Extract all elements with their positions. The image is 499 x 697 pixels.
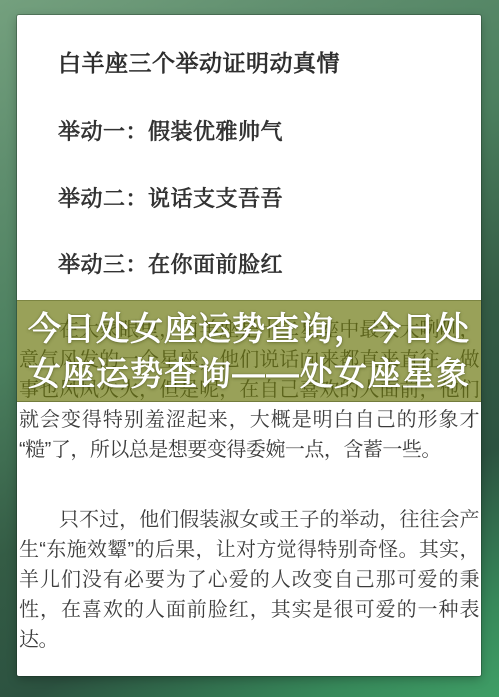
paragraph-line: 达。: [19, 625, 479, 655]
headline-line-2: 女座运势查询——处女座星象: [17, 351, 481, 396]
list-item-move-2: 举动二：说话支支吾吾: [58, 182, 283, 213]
list-item-move-3: 举动三：在你面前脸红: [58, 248, 283, 279]
paragraph-line: 性，在喜欢的人面前脸红，其实是很可爱的一种表: [19, 595, 479, 625]
paragraph-line: 羊儿们没有必要为了心爱的人改变自己那可爱的秉: [19, 565, 479, 595]
article-frame: 白羊座三个举动证明动真情 举动一：假装优雅帅气 举动二：说话支支吾吾 举动三：在…: [0, 0, 499, 697]
content-card: 白羊座三个举动证明动真情 举动一：假装优雅帅气 举动二：说话支支吾吾 举动三：在…: [17, 15, 481, 676]
headline-line-1: 今日处女座运势查询，今日处: [17, 306, 481, 351]
paragraph-line: 生“东施效颦”的后果，让对方觉得特别奇怪。其实，: [19, 535, 479, 565]
paragraph-2: 只不过，他们假装淑女或王子的举动，往往会产 生“东施效颦”的后果，让对方觉得特别…: [19, 505, 479, 655]
list-item-move-1: 举动一：假装优雅帅气: [58, 115, 283, 146]
article-title: 白羊座三个举动证明动真情: [58, 45, 340, 78]
paragraph-line: 就会变得特别羞涩起来，大概是明白自己的形象才: [19, 405, 479, 435]
paragraph-line: “糙”了，所以总是想要变得委婉一点，含蓄一些。: [19, 435, 479, 465]
paragraph-line: 只不过，他们假装淑女或王子的举动，往往会产: [19, 505, 479, 535]
headline-banner: 今日处女座运势查询，今日处 女座运势查询——处女座星象: [17, 300, 481, 402]
